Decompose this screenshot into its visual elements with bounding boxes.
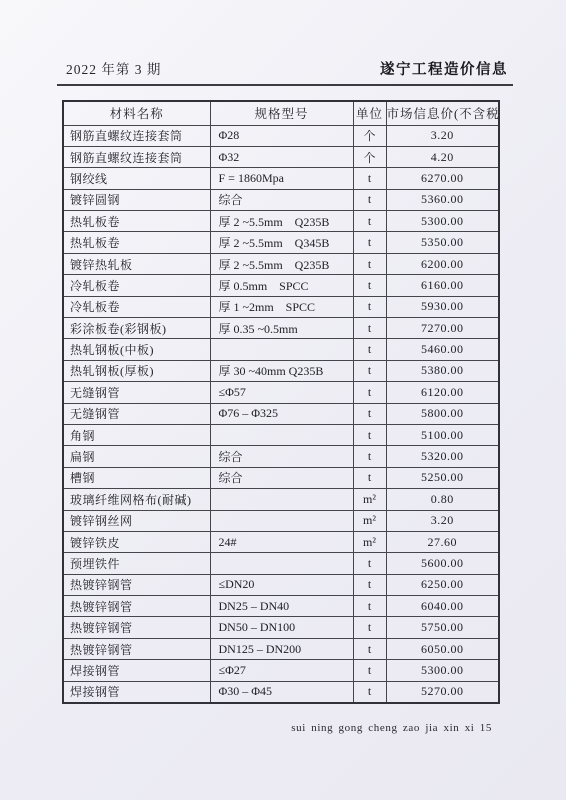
unit-cell: t [353,446,386,467]
unit-cell: t [353,275,386,296]
material-cell: 镀锌热轧板 [63,253,210,274]
page-header: 2022 年第 3 期 遂宁工程造价信息 [66,58,508,79]
unit-cell: 个 [353,125,386,146]
material-cell: 热镀锌钢管 [63,617,210,638]
spec-cell: DN50 – DN100 [210,617,353,638]
table-row: 热轧板卷厚 2 ~5.5mm Q345Bt5350.00 [63,232,499,253]
material-cell: 热镀锌钢管 [63,596,210,617]
scanned-document-page: 2022 年第 3 期 遂宁工程造价信息 材料名称 规格型号 单位 市场信息价(… [0,0,566,800]
table-row: 镀锌圆钢综合t5360.00 [63,189,499,210]
price-cell: 5930.00 [386,296,499,317]
unit-cell: t [353,211,386,232]
column-header-unit: 单位 [353,101,386,125]
spec-cell: 厚 0.5mm SPCC [210,275,353,296]
unit-cell: t [353,467,386,488]
unit-cell: t [353,660,386,681]
price-cell: 5100.00 [386,424,499,445]
unit-cell: m² [353,531,386,552]
table-row: 镀锌热轧板厚 2 ~5.5mm Q235Bt6200.00 [63,253,499,274]
material-cell: 热轧钢板(中板) [63,339,210,360]
unit-cell: t [353,596,386,617]
material-cell: 彩涂板卷(彩钢板) [63,318,210,339]
unit-cell: t [353,424,386,445]
material-cell: 槽钢 [63,467,210,488]
column-header-spec: 规格型号 [210,101,353,125]
table-row: 镀锌钢丝网m²3.20 [63,510,499,531]
table-header: 材料名称 规格型号 单位 市场信息价(不含税) [63,101,499,125]
spec-cell [210,339,353,360]
price-cell: 6120.00 [386,382,499,403]
spec-cell: Φ30 – Φ45 [210,681,353,702]
material-cell: 无缝钢管 [63,382,210,403]
table-row: 冷轧板卷厚 1 ~2mm SPCCt5930.00 [63,296,499,317]
material-cell: 镀锌钢丝网 [63,510,210,531]
price-cell: 5800.00 [386,403,499,424]
table-row: 无缝钢管≤Φ57t6120.00 [63,382,499,403]
material-cell: 焊接钢管 [63,681,210,702]
price-cell: 6270.00 [386,168,499,189]
material-cell: 冷轧板卷 [63,275,210,296]
material-cell: 镀锌铁皮 [63,531,210,552]
unit-cell: t [353,168,386,189]
column-header-price: 市场信息价(不含税) [386,101,499,125]
material-cell: 钢筋直螺纹连接套筒 [63,146,210,167]
spec-cell: DN125 – DN200 [210,638,353,659]
unit-cell: t [353,296,386,317]
table-row: 钢筋直螺纹连接套筒Φ28个3.20 [63,125,499,146]
footer-page-label: sui ning gong cheng zao jia xin xi 15 [291,722,492,734]
material-cell: 钢筋直螺纹连接套筒 [63,125,210,146]
price-cell: 6200.00 [386,253,499,274]
price-cell: 3.20 [386,510,499,531]
unit-cell: m² [353,510,386,531]
price-cell: 0.80 [386,489,499,510]
spec-cell: 24# [210,531,353,552]
price-cell: 5270.00 [386,681,499,702]
table-row: 热轧板卷厚 2 ~5.5mm Q235Bt5300.00 [63,211,499,232]
spec-cell: ≤Φ57 [210,382,353,403]
material-price-table: 材料名称 规格型号 单位 市场信息价(不含税) 钢筋直螺纹连接套筒Φ28个3.2… [62,100,500,704]
header-rule-divider [57,84,513,86]
price-cell: 5380.00 [386,360,499,381]
material-cell: 热轧板卷 [63,211,210,232]
price-cell: 5250.00 [386,467,499,488]
spec-cell: 综合 [210,189,353,210]
publication-title: 遂宁工程造价信息 [380,58,508,79]
issue-label: 2022 年第 3 期 [66,58,161,78]
price-cell: 5300.00 [386,660,499,681]
unit-cell: t [353,681,386,702]
unit-cell: t [353,189,386,210]
unit-cell: t [353,360,386,381]
spec-cell: 厚 30 ~40mm Q235B [210,360,353,381]
price-cell: 3.20 [386,125,499,146]
price-cell: 27.60 [386,531,499,552]
table-row: 热镀锌钢管≤DN20t6250.00 [63,574,499,595]
spec-cell: 厚 2 ~5.5mm Q345B [210,232,353,253]
spec-cell [210,553,353,574]
unit-cell: t [353,617,386,638]
spec-cell: Φ76 – Φ325 [210,403,353,424]
table-row: 彩涂板卷(彩钢板)厚 0.35 ~0.5mmt7270.00 [63,318,499,339]
table-row: 焊接钢管≤Φ27t5300.00 [63,660,499,681]
unit-cell: t [353,574,386,595]
material-cell: 镀锌圆钢 [63,189,210,210]
material-cell: 角钢 [63,424,210,445]
table-row: 冷轧板卷厚 0.5mm SPCCt6160.00 [63,275,499,296]
table-body: 钢筋直螺纹连接套筒Φ28个3.20钢筋直螺纹连接套筒Φ32个4.20钢绞线F =… [63,125,499,703]
material-cell: 钢绞线 [63,168,210,189]
unit-cell: m² [353,489,386,510]
price-cell: 5320.00 [386,446,499,467]
table-row: 预埋铁件t5600.00 [63,553,499,574]
price-cell: 5460.00 [386,339,499,360]
table-row: 镀锌铁皮24#m²27.60 [63,531,499,552]
unit-cell: t [353,382,386,403]
spec-cell: Φ28 [210,125,353,146]
material-cell: 冷轧板卷 [63,296,210,317]
table-row: 钢绞线F = 1860Mpat6270.00 [63,168,499,189]
spec-cell: Φ32 [210,146,353,167]
spec-cell: ≤Φ27 [210,660,353,681]
spec-cell [210,510,353,531]
table-row: 热镀锌钢管DN125 – DN200t6050.00 [63,638,499,659]
material-cell: 玻璃纤维网格布(耐碱) [63,489,210,510]
unit-cell: t [353,253,386,274]
material-cell: 热镀锌钢管 [63,638,210,659]
unit-cell: t [353,638,386,659]
material-cell: 扁钢 [63,446,210,467]
spec-cell: 厚 1 ~2mm SPCC [210,296,353,317]
spec-cell: ≤DN20 [210,574,353,595]
spec-cell [210,424,353,445]
price-cell: 5750.00 [386,617,499,638]
unit-cell: t [353,403,386,424]
price-cell: 5360.00 [386,189,499,210]
material-cell: 预埋铁件 [63,553,210,574]
spec-cell: 厚 0.35 ~0.5mm [210,318,353,339]
spec-cell: F = 1860Mpa [210,168,353,189]
table-row: 热轧钢板(中板)t5460.00 [63,339,499,360]
spec-cell: DN25 – DN40 [210,596,353,617]
unit-cell: t [353,232,386,253]
material-cell: 热轧钢板(厚板) [63,360,210,381]
table-row: 钢筋直螺纹连接套筒Φ32个4.20 [63,146,499,167]
unit-cell: t [353,339,386,360]
table-row: 无缝钢管Φ76 – Φ325t5800.00 [63,403,499,424]
material-cell: 热镀锌钢管 [63,574,210,595]
price-cell: 7270.00 [386,318,499,339]
table-row: 热镀锌钢管DN50 – DN100t5750.00 [63,617,499,638]
table-row: 扁钢综合t5320.00 [63,446,499,467]
price-cell: 6250.00 [386,574,499,595]
table-row: 玻璃纤维网格布(耐碱)m²0.80 [63,489,499,510]
spec-cell: 综合 [210,467,353,488]
price-cell: 6160.00 [386,275,499,296]
unit-cell: 个 [353,146,386,167]
material-cell: 焊接钢管 [63,660,210,681]
spec-cell: 综合 [210,446,353,467]
spec-cell: 厚 2 ~5.5mm Q235B [210,253,353,274]
table-row: 角钢t5100.00 [63,424,499,445]
price-cell: 5350.00 [386,232,499,253]
price-cell: 5300.00 [386,211,499,232]
spec-cell [210,489,353,510]
price-cell: 4.20 [386,146,499,167]
table-header-row: 材料名称 规格型号 单位 市场信息价(不含税) [63,101,499,125]
price-cell: 6050.00 [386,638,499,659]
spec-cell: 厚 2 ~5.5mm Q235B [210,211,353,232]
table-row: 槽钢综合t5250.00 [63,467,499,488]
column-header-material: 材料名称 [63,101,210,125]
table-row: 焊接钢管Φ30 – Φ45t5270.00 [63,681,499,702]
unit-cell: t [353,553,386,574]
table-row: 热轧钢板(厚板)厚 30 ~40mm Q235Bt5380.00 [63,360,499,381]
table-row: 热镀锌钢管DN25 – DN40t6040.00 [63,596,499,617]
material-cell: 热轧板卷 [63,232,210,253]
price-cell: 6040.00 [386,596,499,617]
price-cell: 5600.00 [386,553,499,574]
unit-cell: t [353,318,386,339]
material-cell: 无缝钢管 [63,403,210,424]
